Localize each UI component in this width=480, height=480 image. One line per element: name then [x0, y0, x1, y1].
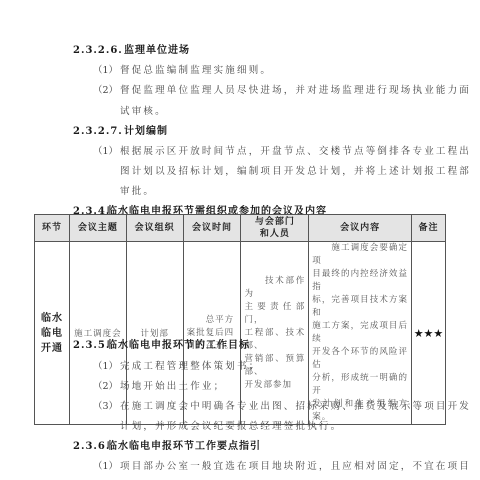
- list-text: 督促监理单位监理人员尽快进场，并对进场监理进行现场执业能力面: [120, 85, 471, 96]
- list-text-continuation: 试审核。: [120, 103, 167, 117]
- list-item: （2）督促监理单位监理人员尽快进场，并对进场监理进行现场执业能力面: [93, 82, 471, 96]
- time-line: 总平方: [187, 314, 238, 327]
- list-index: （2）: [93, 82, 120, 96]
- cell-stage: 临水 临电 开通: [35, 242, 70, 425]
- section-heading-2-3-2-6: 2.3.2.6.监理单位进场: [73, 41, 190, 56]
- header-content: 会议内容: [309, 215, 412, 242]
- list-index: （1）: [93, 62, 120, 76]
- list-item: （1）项目部办公室一般宜选在项目地块附近，且应相对固定，不宜在项目: [93, 458, 471, 472]
- header-time: 会议时间: [183, 215, 241, 242]
- header-note: 备注: [411, 215, 445, 242]
- list-index: （3）: [93, 398, 120, 412]
- list-text: 完成工程管理整体策划书；: [120, 361, 260, 372]
- section-title: 临水临电申报环节工作要点指引: [107, 441, 261, 452]
- list-item: （1）根据展示区开放时间节点，开盘节点、交楼节点等倒排各专业工程出: [93, 143, 471, 157]
- list-item: （1）督促总监编制监理实施细则。: [93, 62, 272, 76]
- dept-line: 技术部作为: [244, 275, 305, 301]
- section-number: 2.3.2.6.: [73, 45, 124, 56]
- stage-line: 临水: [35, 311, 69, 326]
- list-index: （1）: [93, 143, 120, 157]
- document-page: 2.3.2.6.监理单位进场 （1）督促总监编制监理实施细则。 （2）督促监理单…: [0, 0, 480, 480]
- header-topic: 会议主题: [69, 215, 126, 242]
- header-stage: 环节: [35, 215, 70, 242]
- section-title: 计划编制: [124, 126, 168, 137]
- meeting-table: 环节 会议主题 会议组织 会议时间 与会部门 和人员 会议内容 备注 临水 临电…: [34, 214, 446, 425]
- stage-line: 临电: [35, 326, 69, 341]
- dept-line: 主要责任部门，: [244, 301, 305, 327]
- content-line: 施工方案，完成项目后续: [312, 320, 408, 346]
- list-item: （1）完成工程管理整体策划书；: [93, 358, 260, 372]
- list-text: 项目部办公室一般宜选在项目地块附近，且应相对固定，不宜在项目: [120, 461, 471, 472]
- section-heading-2-3-6: 2.3.6.临水临电申报环节工作要点指引: [73, 437, 261, 452]
- list-text-continuation: 计划，并形成会议纪要报总经理签批执行。: [120, 418, 342, 432]
- list-text: 在施工调度会中明确各专业出图、招标采购、推货及展示等项目开发: [120, 401, 471, 412]
- list-text: 根据展示区开放时间节点，开盘节点、交楼节点等倒排各专业工程出: [120, 146, 471, 157]
- list-text: 场地开始出土作业；: [120, 381, 225, 392]
- list-text: 督促总监编制监理实施细则。: [120, 65, 272, 76]
- list-text-continuation: 审批。: [120, 183, 155, 197]
- content-line: 开发各个环节的风险评估: [312, 346, 408, 372]
- header-organizer: 会议组织: [126, 215, 183, 242]
- header-dept-line: 与会部门: [241, 216, 308, 228]
- content-line: 施工调度会要确定项: [312, 242, 408, 268]
- section-number: 2.3.2.7.: [73, 126, 124, 137]
- content-line: 目最终的内控经济效益指: [312, 268, 408, 294]
- list-index: （2）: [93, 378, 120, 392]
- section-number: 2.3.6.: [73, 441, 107, 452]
- stage-line: 开通: [35, 341, 69, 356]
- section-heading-2-3-5: 2.3.5.临水临电申报环节的工作目标: [73, 336, 250, 351]
- table-header-row: 环节 会议主题 会议组织 会议时间 与会部门 和人员 会议内容 备注: [35, 215, 446, 242]
- section-number: 2.3.5.: [73, 340, 107, 351]
- section-title: 临水临电申报环节的工作目标: [107, 340, 250, 351]
- header-dept-line: 和人员: [241, 228, 308, 240]
- dept-line: 工程部、技术部、: [244, 327, 305, 353]
- dept-line: 开发部参加: [244, 379, 305, 392]
- content-line: 分析，形成统一明确的开: [312, 372, 408, 398]
- list-index: （1）: [93, 358, 120, 372]
- list-item: （2）场地开始出土作业；: [93, 378, 225, 392]
- list-text-continuation: 图计划以及招标计划，编制项目开发总计划，并将上述计划报工程部: [120, 163, 471, 177]
- list-index: （1）: [93, 458, 120, 472]
- list-item: （3）在施工调度会中明确各专业出图、招标采购、推货及展示等项目开发: [93, 398, 471, 412]
- section-title: 监理单位进场: [124, 45, 190, 56]
- section-heading-2-3-2-7: 2.3.2.7.计划编制: [73, 122, 168, 137]
- header-departments: 与会部门 和人员: [241, 215, 309, 242]
- content-line: 标，完善项目技术方案和: [312, 294, 408, 320]
